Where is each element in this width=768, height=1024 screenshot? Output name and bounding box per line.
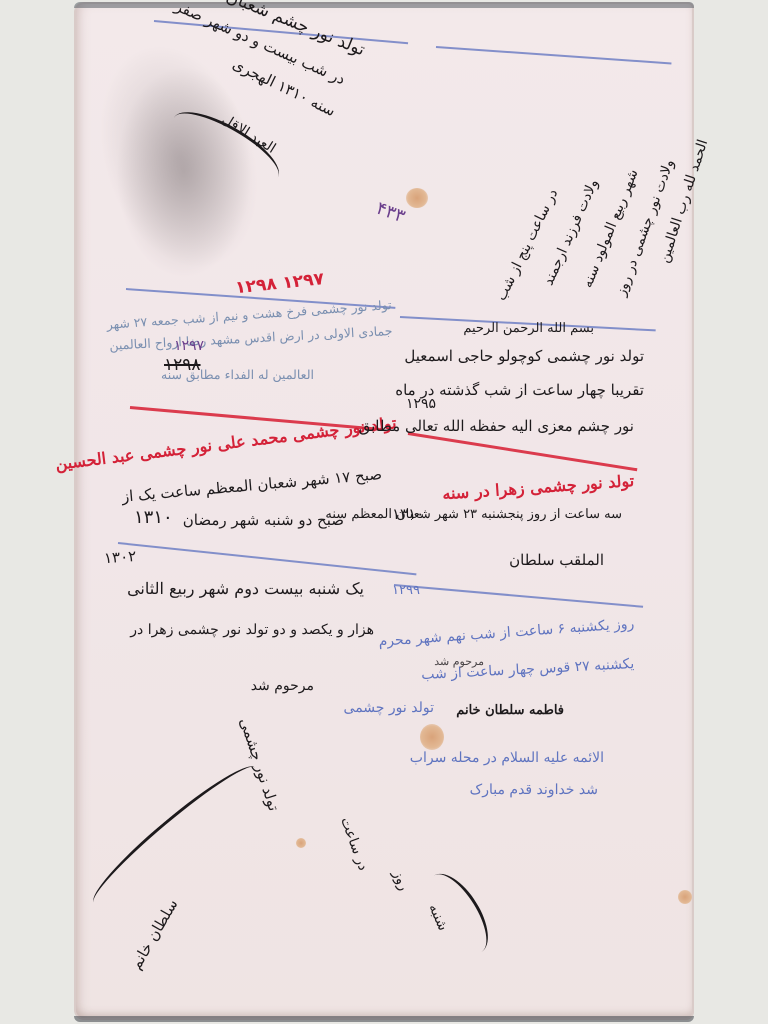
text-line: سلطان خانم <box>127 896 181 972</box>
text-line: نور چشم معزی الیه حفظه الله تعالی مطابق <box>359 418 634 435</box>
red-text-line: تولد نور چشمی محمد علی نور چشمی عبد الحس… <box>54 414 397 474</box>
text-line: صبح دو شنبه شهر رمضان <box>183 512 344 529</box>
divider-line <box>118 542 417 575</box>
text-line: هزار و یکصد و دو تولد نور چشمی زهرا در <box>130 622 374 638</box>
text-line: تولد نور چشمی <box>344 700 434 716</box>
text-line: روز <box>389 868 412 893</box>
year-label: ۱۳۱۰ <box>134 508 173 529</box>
stain-spot <box>678 890 692 904</box>
divider-line <box>394 584 643 608</box>
text-line: تولد نور چشمی کوچولو حاجی اسمعیل <box>404 348 644 365</box>
stain-spot <box>296 838 306 848</box>
text-line: صبح ۱۷ شهر شعبان المعظم ساعت یک از <box>121 466 382 506</box>
name-text: فاطمه سلطان خانم <box>456 704 564 719</box>
text-line: الملقب سلطان <box>509 552 604 569</box>
text-line: یک شنبه بیست دوم شهر ربیع الثانی <box>127 580 364 598</box>
red-text-line: تولد نور چشمی زهرا در سنه <box>442 472 635 504</box>
purple-number: ۴۳۳ <box>373 199 407 228</box>
text-line: الحمد لله رب العالمین <box>657 138 712 265</box>
struck-year-label: ۱۲۹۸ <box>164 356 201 376</box>
text-line: تولد نور چشمی <box>236 716 282 813</box>
text-line: مرحوم شد <box>251 678 314 694</box>
text-line: سه ساعت از روز پنجشنبه ۲۳ شهر شعبان المع… <box>325 508 622 523</box>
stain-spot <box>406 188 428 208</box>
year-label: ۱۲۹۷ <box>174 338 204 354</box>
text-line: الائمه علیه السلام در محله سراب <box>410 750 604 766</box>
text-line: در ساعت <box>337 815 371 873</box>
red-heading: ۱۲۹۷ ۱۲۹۸ <box>235 270 326 299</box>
text-line: بسم الله الرحمن الرحیم <box>463 322 594 337</box>
divider-line <box>436 46 672 64</box>
red-strike-line <box>408 432 638 471</box>
year-label: ۱۳۱۰ <box>392 506 424 523</box>
text-line: روز یکشنبه ۶ ساعت از شب نهم شهر محرم <box>378 616 635 650</box>
stain-spot <box>420 724 444 750</box>
year-label: ۱۳۰۲ <box>103 548 136 567</box>
text-line: شد خداوند قدم مبارک <box>470 782 598 798</box>
pen-stroke <box>83 755 265 915</box>
year-label: ۱۲۹۹ <box>392 584 420 599</box>
manuscript-page: تولد نور چشم شعبان در شب بیست و دو شهر ص… <box>74 2 694 1020</box>
year-label: ۱۲۹۵ <box>406 396 436 412</box>
